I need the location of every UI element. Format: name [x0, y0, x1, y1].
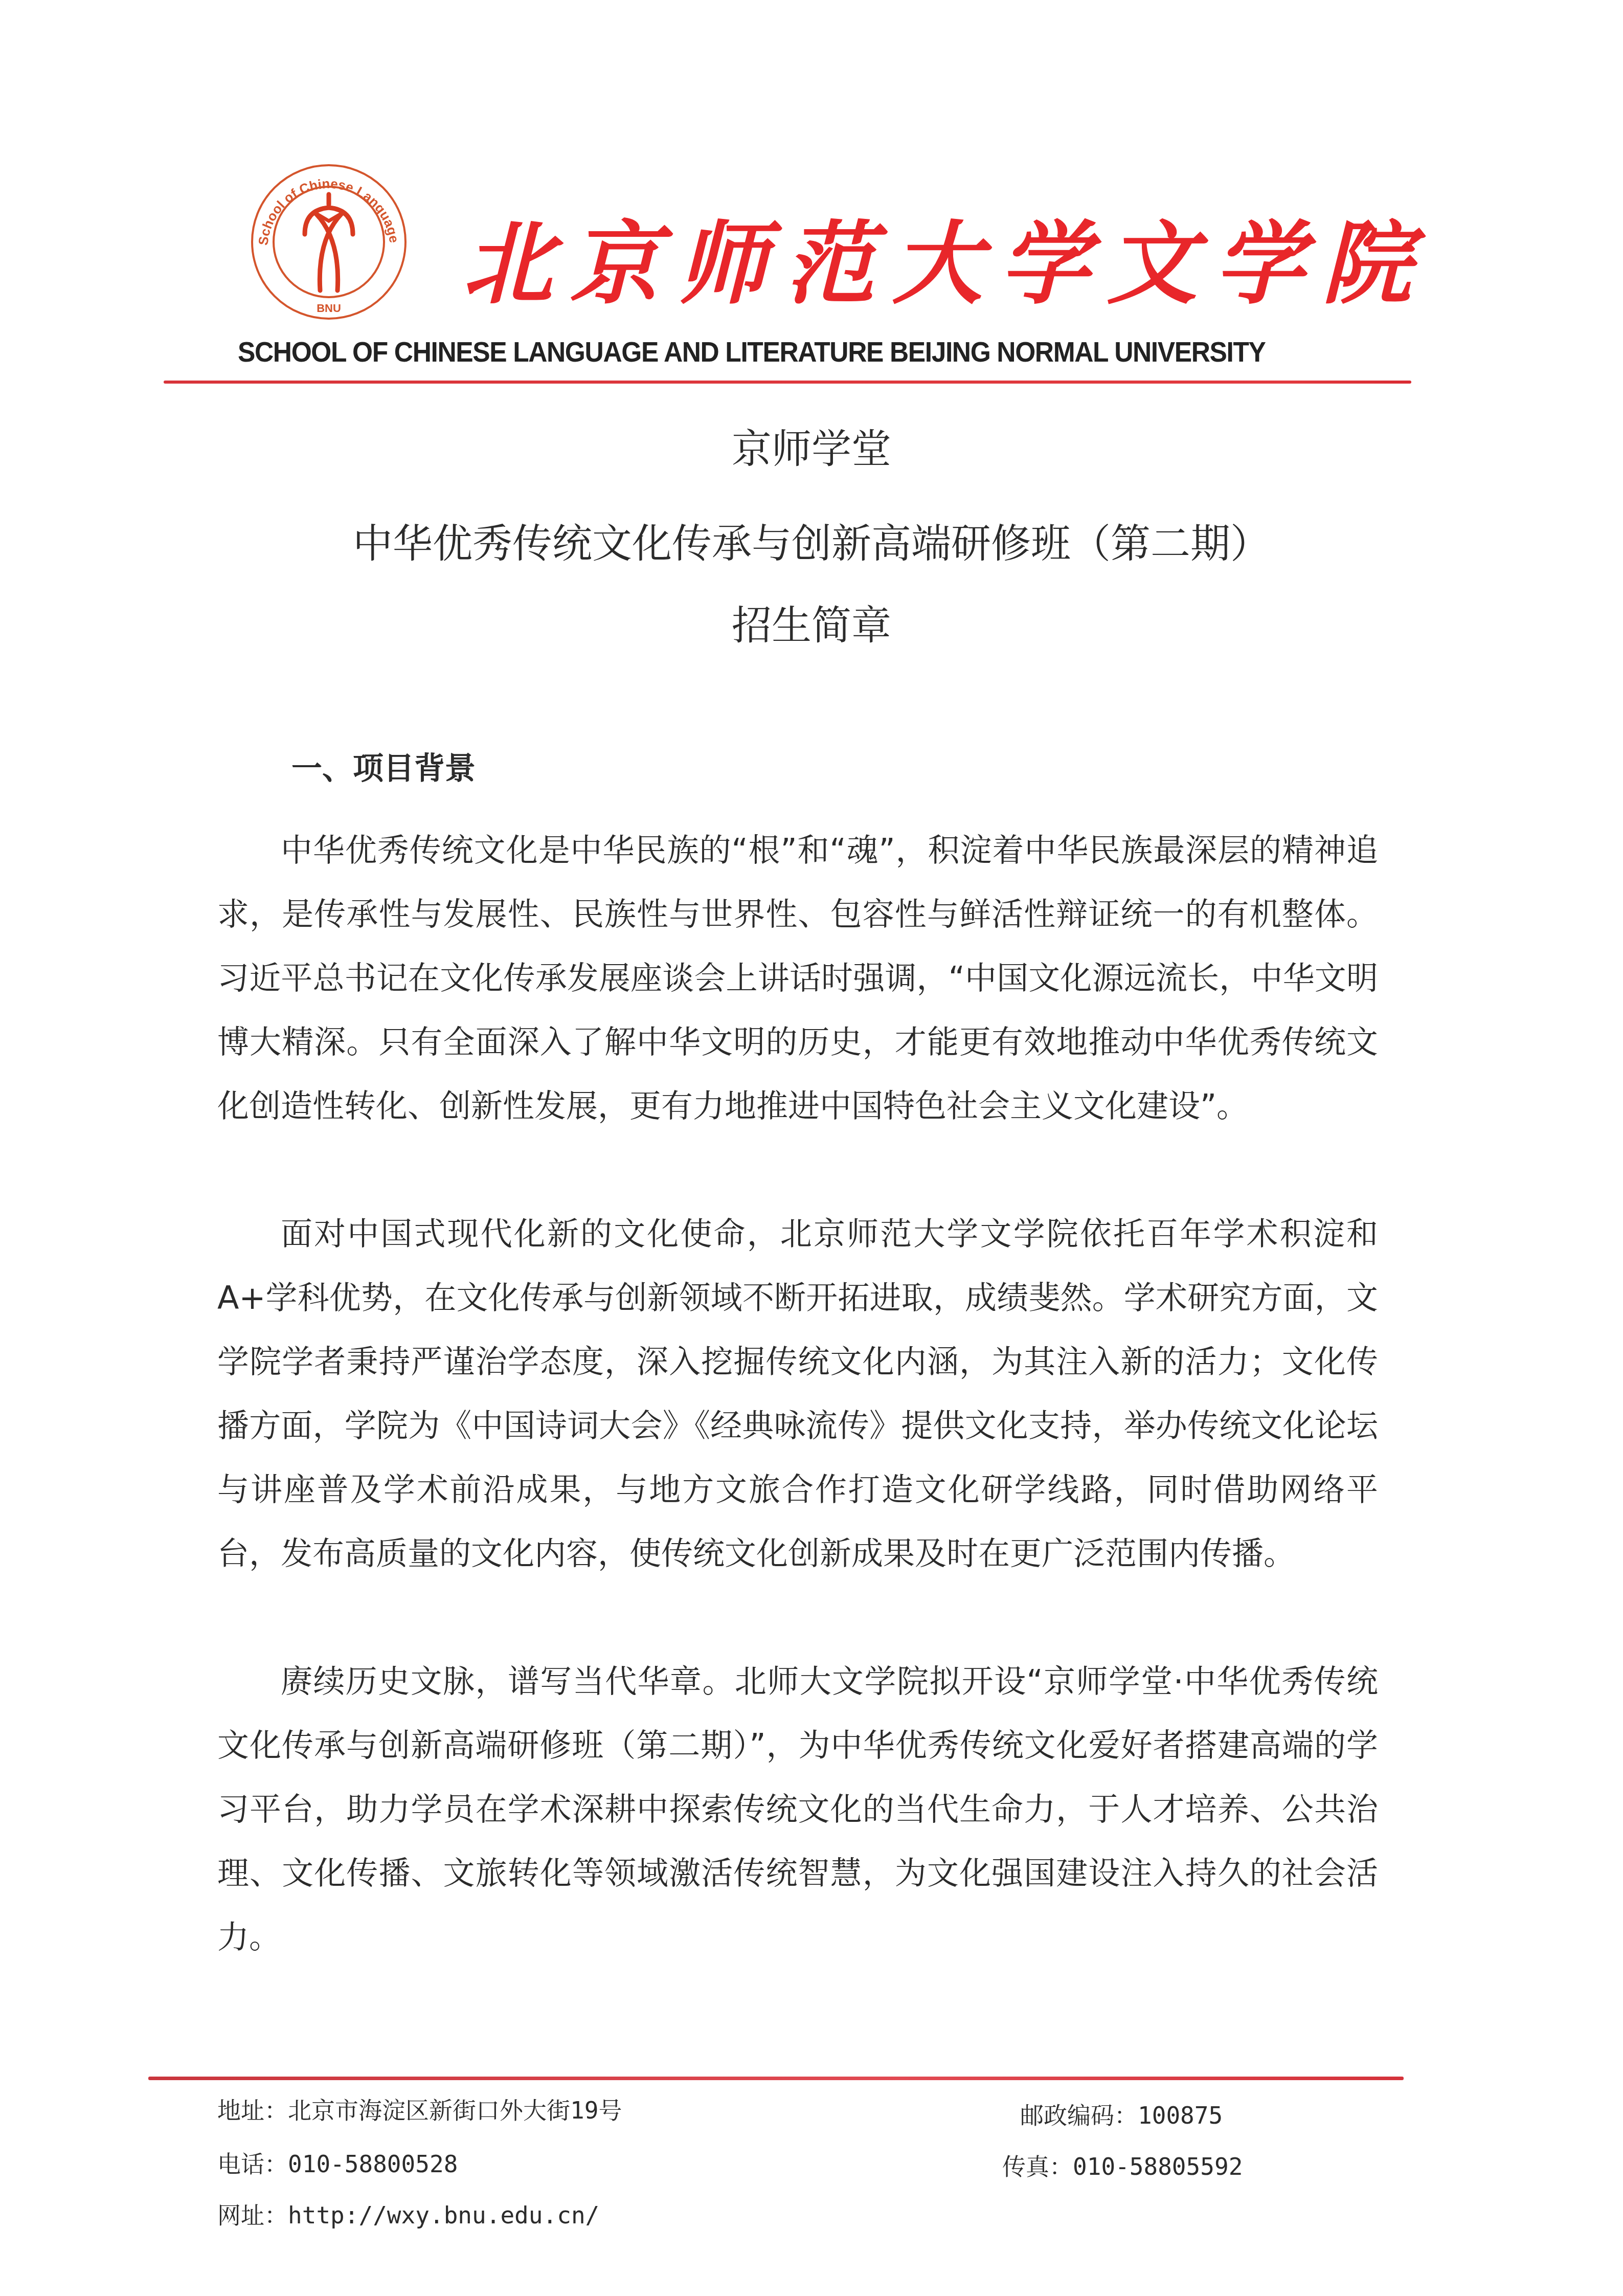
footer-website-link[interactable]: 网址：http://wxy.bnu.edu.cn/	[217, 2197, 599, 2231]
footer-postcode: 邮政编码：100875	[1020, 2097, 1223, 2131]
footer-phone: 电话：010-58800528	[217, 2146, 458, 2179]
footer-fax: 传真：010-58805592	[1002, 2148, 1243, 2182]
paragraph-3: 赓续历史文脉，谱写当代华章。北师大文学院拟开设“京师学堂·中华优秀传统文化传承与…	[217, 1649, 1378, 1969]
document-title-line1: 京师学堂	[0, 430, 1623, 470]
svg-text:School of Chinese Language and: School of Chinese Language and Literatur…	[244, 163, 402, 247]
paragraph-1: 中华优秀传统文化是中华民族的“根”和“魂”，积淀着中华民族最深层的精神追求，是传…	[217, 818, 1378, 1138]
school-name-english: SCHOOL OF CHINESE LANGUAGE AND LITERATUR…	[238, 335, 1265, 368]
bnu-school-logo-icon: School of Chinese Language and Literatur…	[244, 163, 413, 321]
svg-text:BNU: BNU	[317, 302, 341, 315]
section-heading-background: 一、项目背景	[291, 744, 476, 788]
paragraph-2: 面对中国式现代化新的文化使命，北京师范大学文学院依托百年学术积淀和A+学科优势，…	[217, 1202, 1378, 1586]
footer-divider	[148, 2077, 1404, 2080]
document-title-line2: 中华优秀传统文化传承与创新高端研修班（第二期）	[0, 524, 1623, 564]
footer-address: 地址：北京市海淀区新街口外大街19号	[217, 2092, 622, 2126]
school-name-chinese: 北京师范大学文学院	[463, 192, 1429, 321]
letterhead-divider	[164, 381, 1411, 384]
document-title-line3: 招生简章	[0, 606, 1623, 646]
